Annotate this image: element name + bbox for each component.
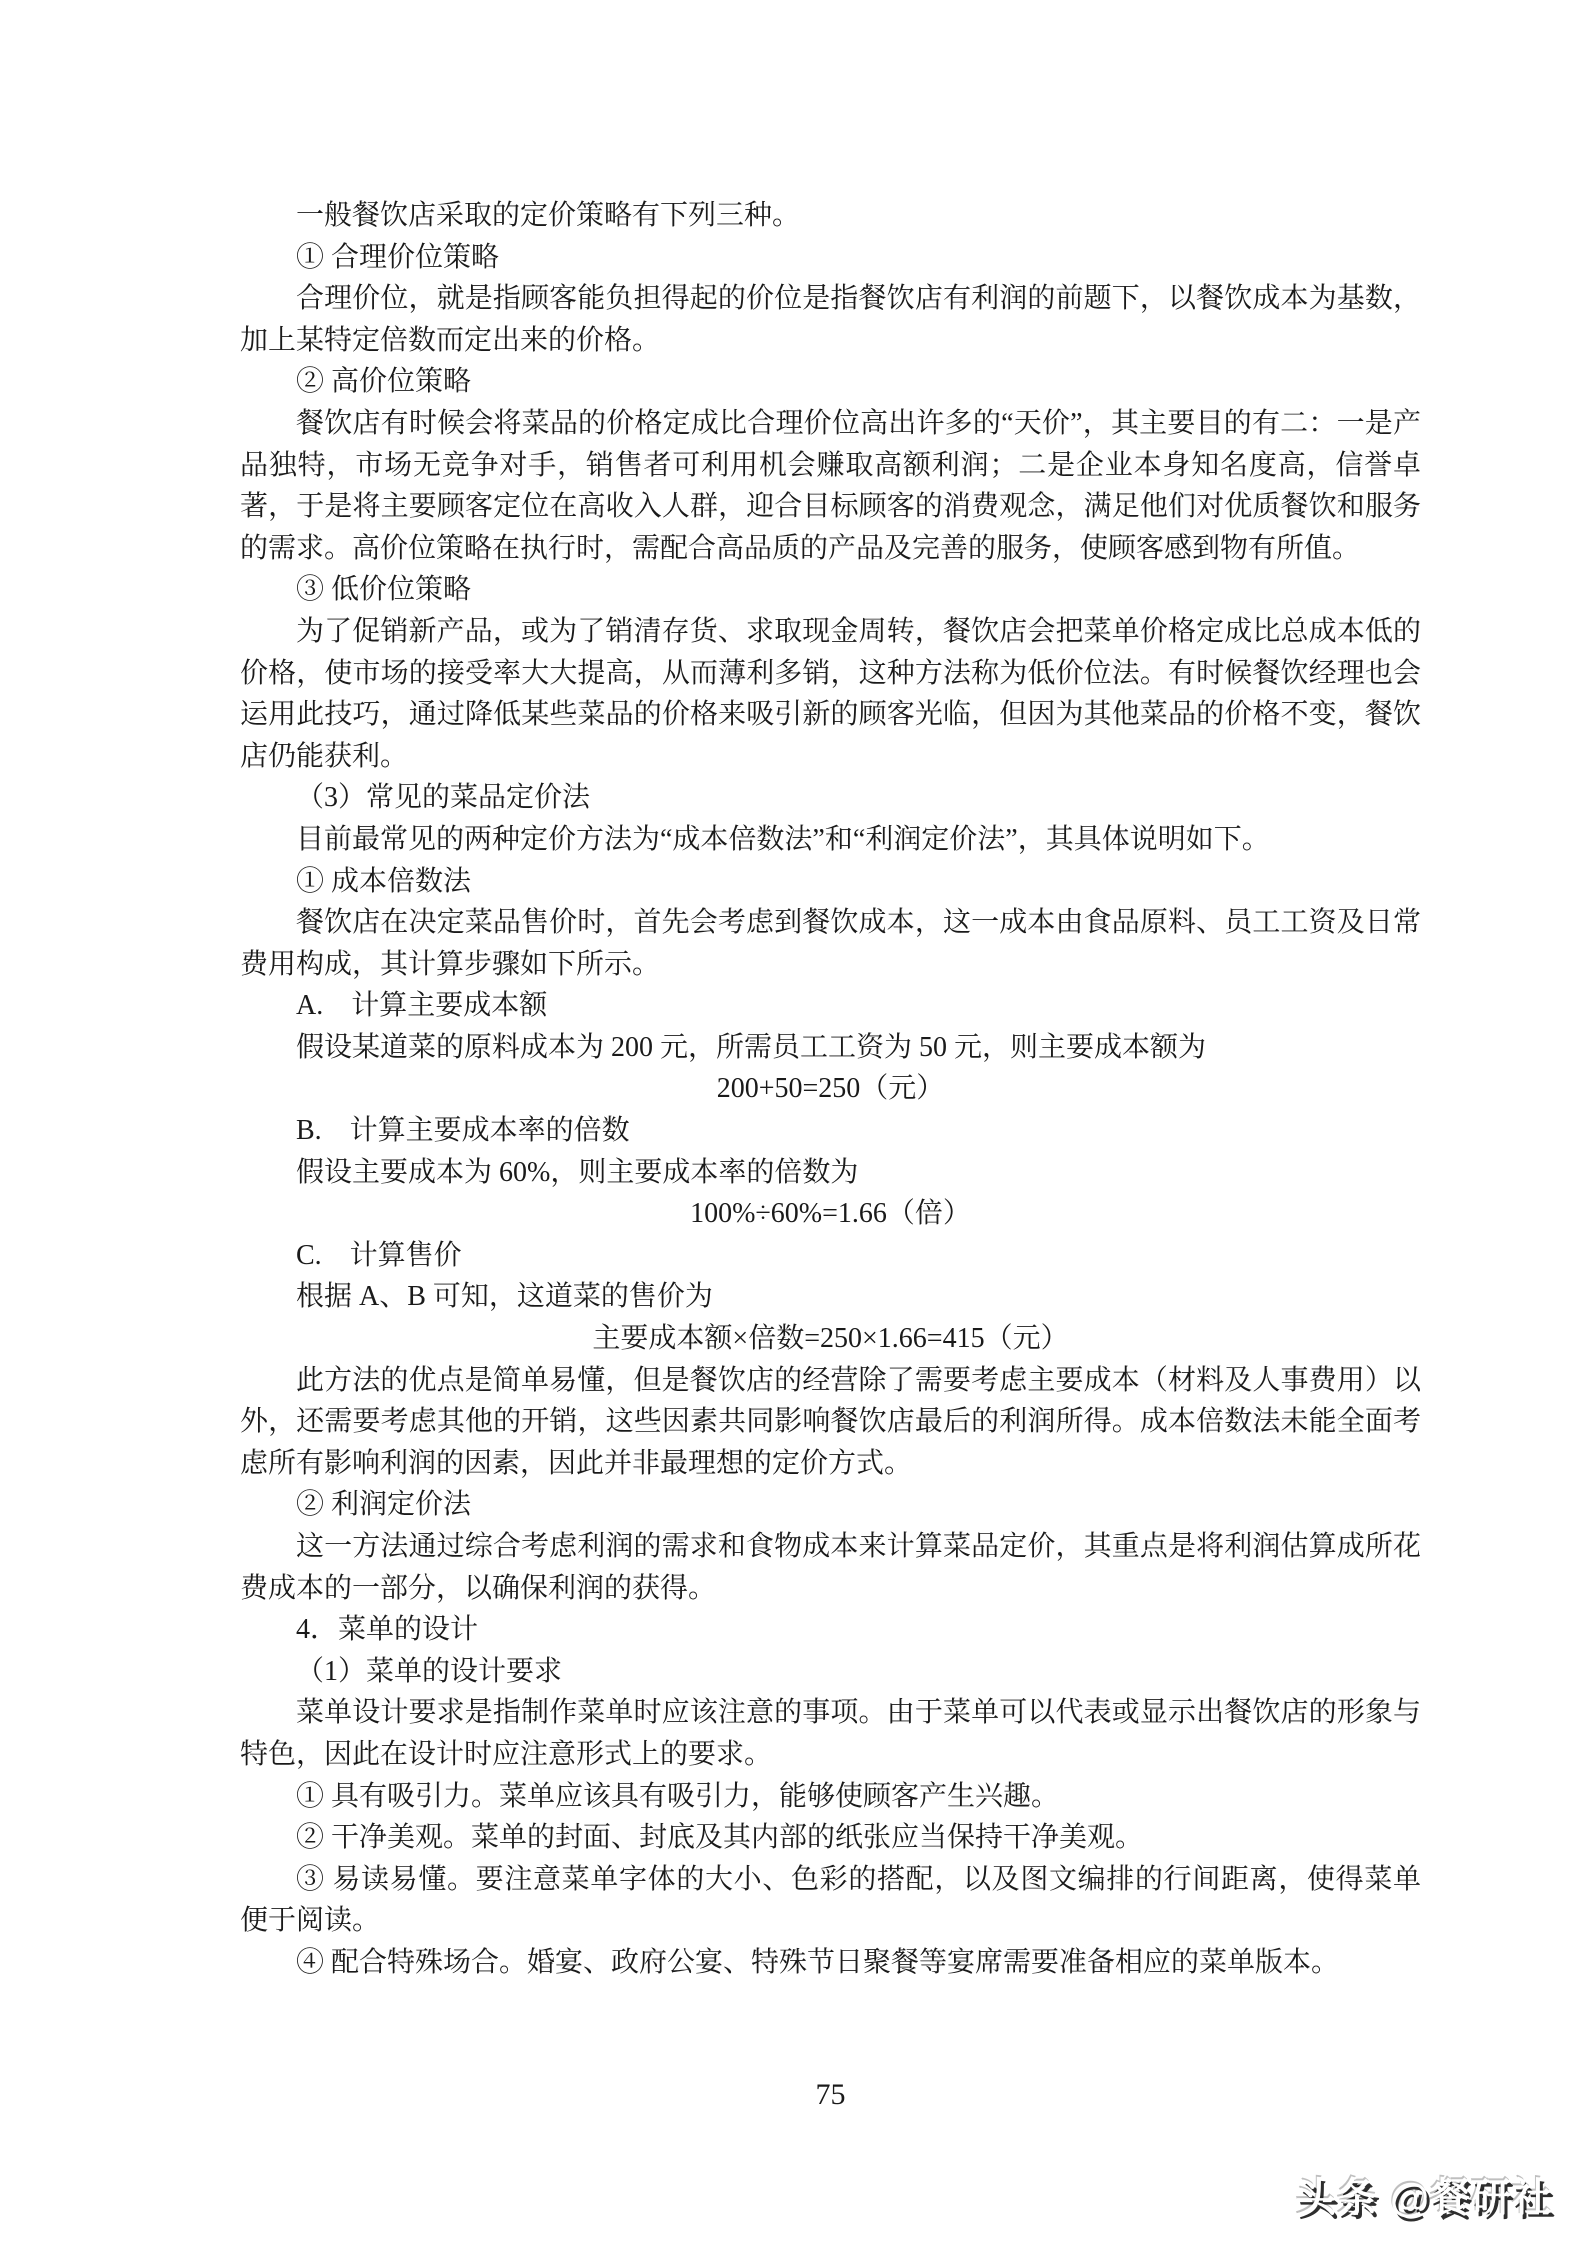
paragraph: 100%÷60%=1.66（倍） [240, 1193, 1421, 1235]
paragraph: ④ 配合特殊场合。婚宴、政府公宴、特殊节日聚餐等宴席需要准备相应的菜单版本。 [240, 1942, 1421, 1984]
paragraph: A. 计算主要成本额 [240, 985, 1421, 1027]
paragraph: ③ 低价位策略 [240, 569, 1421, 611]
paragraph: 假设主要成本为 60%，则主要成本率的倍数为 [240, 1152, 1421, 1194]
paragraph: ① 合理价位策略 [240, 237, 1421, 279]
paragraph: 为了促销新产品，或为了销清存货、求取现金周转，餐饮店会把菜单价格定成比总成本低的… [240, 611, 1421, 777]
paragraph: ② 高价位策略 [240, 361, 1421, 403]
paragraph: 这一方法通过综合考虑利润的需求和食物成本来计算菜品定价，其重点是将利润估算成所花… [240, 1526, 1421, 1609]
paragraph: ① 成本倍数法 [240, 861, 1421, 903]
paragraph: 餐饮店在决定菜品售价时，首先会考虑到餐饮成本，这一成本由食品原料、员工工资及日常… [240, 902, 1421, 985]
paragraph: 菜单设计要求是指制作菜单时应该注意的事项。由于菜单可以代表或显示出餐饮店的形象与… [240, 1692, 1421, 1775]
paragraph: 根据 A、B 可知，这道菜的售价为 [240, 1276, 1421, 1318]
paragraph: 此方法的优点是简单易懂，但是餐饮店的经营除了需要考虑主要成本（材料及人事费用）以… [240, 1360, 1421, 1485]
paragraph: C. 计算售价 [240, 1235, 1421, 1277]
paragraph: ② 利润定价法 [240, 1484, 1421, 1526]
watermark: 头条 @餐研社 [1296, 2166, 1553, 2223]
paragraph: （1）菜单的设计要求 [240, 1651, 1421, 1693]
paragraph: ③ 易读易懂。要注意菜单字体的大小、色彩的搭配，以及图文编排的行间距离，使得菜单… [240, 1859, 1421, 1942]
document-content: 一般餐饮店采取的定价策略有下列三种。① 合理价位策略合理价位，就是指顾客能负担得… [240, 195, 1421, 1984]
document-page: 一般餐饮店采取的定价策略有下列三种。① 合理价位策略合理价位，就是指顾客能负担得… [0, 0, 1587, 2245]
paragraph: B. 计算主要成本率的倍数 [240, 1110, 1421, 1152]
paragraph: 合理价位，就是指顾客能负担得起的价位是指餐饮店有利润的前题下，以餐饮成本为基数，… [240, 278, 1421, 361]
paragraph: ② 干净美观。菜单的封面、封底及其内部的纸张应当保持干净美观。 [240, 1817, 1421, 1859]
paragraph: 餐饮店有时候会将菜品的价格定成比合理价位高出许多的“天价”，其主要目的有二：一是… [240, 403, 1421, 569]
page-number: 75 [240, 2078, 1421, 2112]
paragraph: ① 具有吸引力。菜单应该具有吸引力，能够使顾客产生兴趣。 [240, 1776, 1421, 1818]
paragraph: 一般餐饮店采取的定价策略有下列三种。 [240, 195, 1421, 237]
paragraph: 主要成本额×倍数=250×1.66=415（元） [240, 1318, 1421, 1360]
paragraph: 4．菜单的设计 [240, 1609, 1421, 1651]
paragraph: 假设某道菜的原料成本为 200 元，所需员工工资为 50 元，则主要成本额为 [240, 1027, 1421, 1069]
paragraph: 目前最常见的两种定价方法为“成本倍数法”和“利润定价法”，其具体说明如下。 [240, 819, 1421, 861]
paragraph: （3）常见的菜品定价法 [240, 777, 1421, 819]
paragraph: 200+50=250（元） [240, 1068, 1421, 1110]
